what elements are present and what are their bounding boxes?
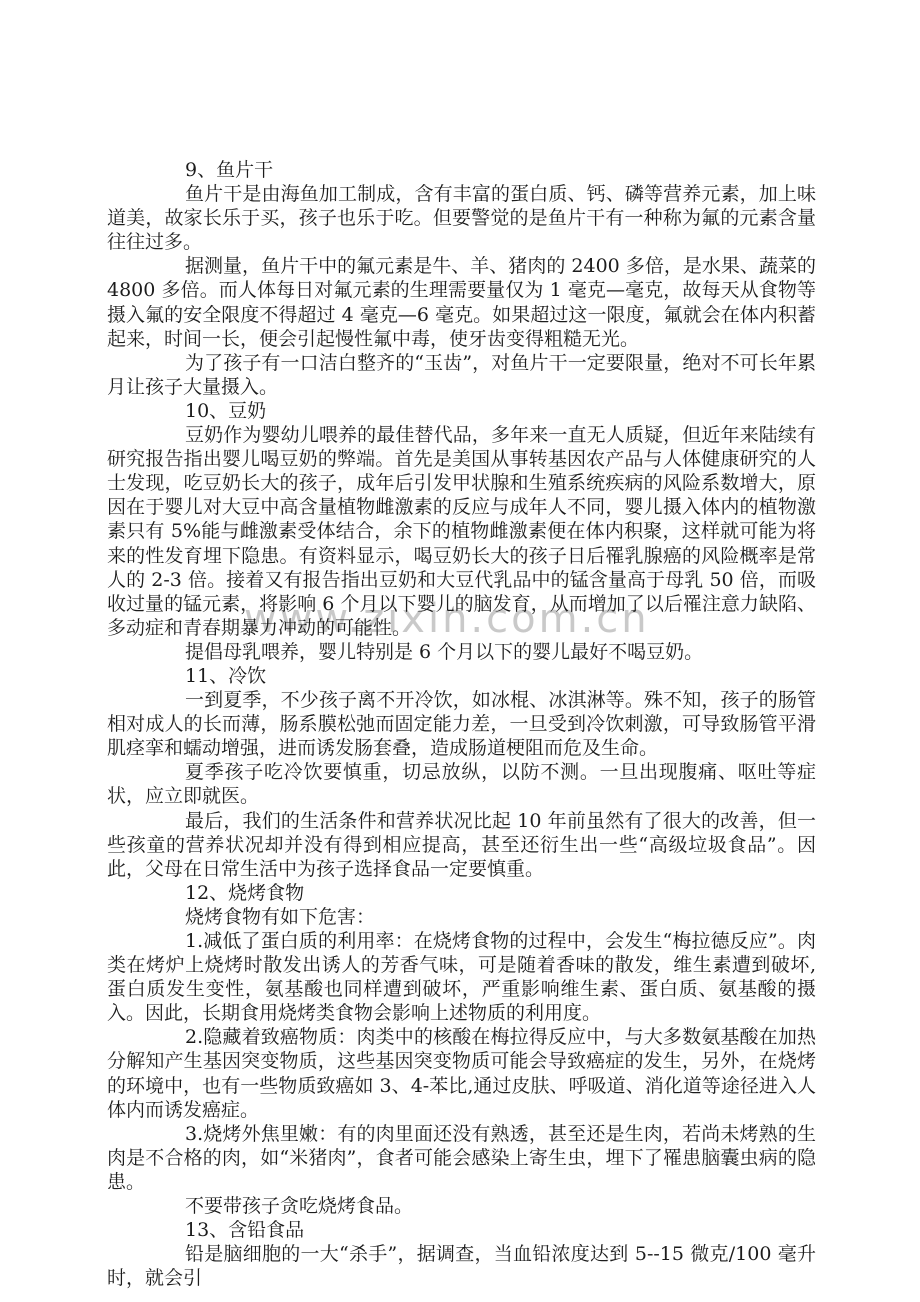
section-heading: 13、含铅食品: [107, 1218, 816, 1242]
document-page: www.zixin.com.cn 9、鱼片干鱼片干是由海鱼加工制成，含有丰富的蛋…: [0, 0, 920, 1302]
paragraph: 一到夏季，不少孩子离不开冷饮，如冰棍、冰淇淋等。殊不知，孩子的肠管相对成人的长而…: [107, 688, 816, 760]
paragraph: 不要带孩子贪吃烧烤食品。: [107, 1194, 816, 1218]
section-heading: 10、豆奶: [107, 399, 816, 423]
paragraph: 2.隐藏着致癌物质：肉类中的核酸在梅拉得反应中，与大多数氨基酸在加热分解知产生基…: [107, 1025, 816, 1121]
paragraph: 3.烧烤外焦里嫩：有的肉里面还没有熟透，甚至还是生肉，若尚未烤熟的生肉是不合格的…: [107, 1122, 816, 1194]
paragraph: 豆奶作为婴幼儿喂养的最佳替代品，多年来一直无人质疑，但近年来陆续有研究报告指出婴…: [107, 423, 816, 640]
paragraph: 烧烤食物有如下危害：: [107, 905, 816, 929]
paragraph: 最后，我们的生活条件和营养状况比起 10 年前虽然有了很大的改善，但一些孩童的营…: [107, 809, 816, 881]
paragraph: 提倡母乳喂养，婴儿特别是 6 个月以下的婴儿最好不喝豆奶。: [107, 640, 816, 664]
paragraph: 据测量，鱼片干中的氟元素是牛、羊、猪肉的 2400 多倍，是水果、蔬菜的 480…: [107, 254, 816, 350]
paragraph: 1.减低了蛋白质的利用率：在烧烤食物的过程中，会发生“梅拉德反应”。肉类在烤炉上…: [107, 929, 816, 1025]
paragraph: 鱼片干是由海鱼加工制成，含有丰富的蛋白质、钙、磷等营养元素，加上味道美，故家长乐…: [107, 182, 816, 254]
paragraph: 夏季孩子吃冷饮要慎重，切忌放纵，以防不测。一旦出现腹痛、呕吐等症状，应立即就医。: [107, 760, 816, 808]
paragraph: 为了孩子有一口洁白整齐的“玉齿”，对鱼片干一定要限量，绝对不可长年累月让孩子大量…: [107, 351, 816, 399]
paragraph: 铅是脑细胞的一大“杀手”，据调查，当血铅浓度达到 5--15 微克/100 毫升…: [107, 1242, 816, 1290]
section-heading: 9、鱼片干: [107, 158, 816, 182]
section-heading: 12、烧烤食物: [107, 881, 816, 905]
section-heading: 11、冷饮: [107, 664, 816, 688]
document-content: 9、鱼片干鱼片干是由海鱼加工制成，含有丰富的蛋白质、钙、磷等营养元素，加上味道美…: [107, 158, 816, 1290]
